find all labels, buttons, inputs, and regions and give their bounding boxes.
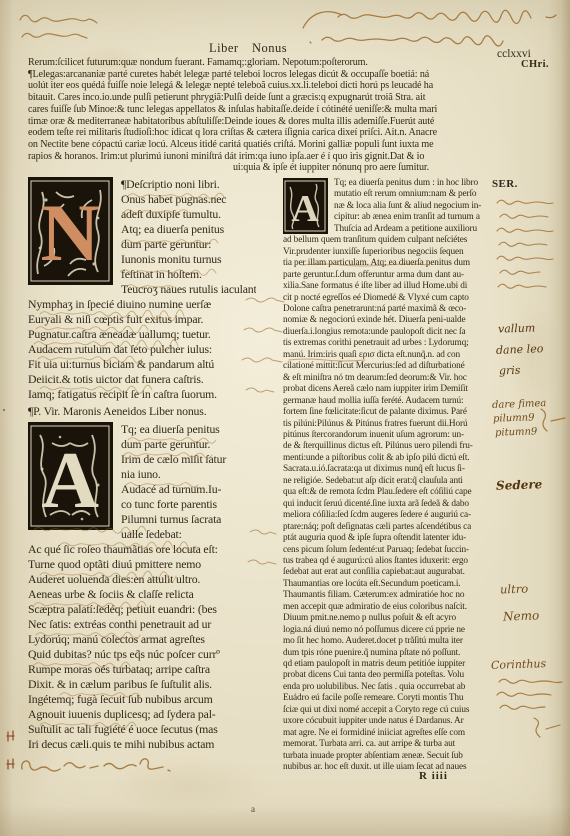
commentator-label-christophorus: CHri. — [521, 59, 549, 70]
text-line: uxore cócubuit iuppiter unde natus é Dar… — [283, 716, 502, 727]
margin-note-nemo: Nemo — [503, 608, 540, 623]
text-line: men accepit quæ admiratio de eius colori… — [283, 602, 502, 613]
text-line: dum tpis róne puenire.q̃ numina pſtate n… — [283, 648, 502, 659]
pilumnus-brace — [541, 409, 565, 431]
margin-note-vallum: vallum — [498, 321, 536, 335]
text-line: pitúnus ſtercorandorum inuenit uſum agro… — [283, 430, 502, 441]
text-line: germanæ haud mollia iuſſa ferété. Audace… — [283, 396, 502, 407]
text-line: Iamq; fatigatus recipit ſe in caſtra ſuo… — [28, 387, 256, 402]
text-line: Euádro eú facile poſſe remeare. Coryti m… — [283, 693, 502, 704]
initial-letter-a: A — [41, 437, 99, 525]
text-line: Suſtulit ac tali fugiété é uoce ſecutus … — [28, 722, 256, 737]
initial-letter-n: N — [40, 187, 99, 278]
left-column: N ¶Deſcriptio noni libri.Onus habet pugn… — [28, 177, 256, 765]
margin-note-dane-leo: dane leo — [496, 342, 544, 357]
text-line: nomiæ & negociorú exinde hét. Diuerſa pe… — [283, 315, 502, 326]
text-line: xilia.Sane formatus é iſte liber ad illu… — [283, 281, 502, 292]
text-line: diuerſa.i.longius remota:unde paulopoſt … — [283, 327, 502, 338]
text-line: eodem teſte rei militaris ſtudioſi:hoc í… — [28, 127, 502, 139]
text-line: on Nectite bene cópactú cariæ locú. Alce… — [28, 139, 502, 151]
text-line: fortem ſine fœlicitate:ſicut de palante … — [283, 407, 502, 418]
text-line: Ac qué ſic roſeo thaumãtias ore locuta e… — [28, 542, 256, 557]
text-line: Lydorúq; manú colectos armat agreſtes — [28, 632, 256, 647]
text-line: Euryali & niſi cœptis fuit exitus impar. — [28, 312, 256, 327]
signature-mark: R iiii — [419, 770, 448, 782]
text-line: Thaumantias ore locúta eſt.Secundum poet… — [283, 579, 502, 590]
text-line: manú. Irim:iris quaſi ερισ dicta eſt.nun… — [283, 350, 502, 361]
corinthus-margin-ink-note — [497, 679, 562, 737]
text-line: ui:quia & ipſe ét iuppiter nónunq pro ae… — [233, 162, 502, 174]
text-line: cit p nocté egreſſos eé Diomedé & Vlyxé … — [283, 293, 502, 304]
margin-note-sedere: Sedere — [496, 477, 543, 493]
text-line: ptare:náq; poſt deſignatas cæli partes a… — [283, 522, 502, 533]
text-line: Thaumantis filiam. Cæterum:ex admiratióe… — [283, 590, 502, 601]
text-line: ¶Lelegas:arcananiæ parté curetes habét l… — [28, 69, 502, 81]
margin-note-pitumnus: pitumn9 — [495, 426, 538, 438]
text-line: ptát auguria quod & ipſe ſupra oſtendit … — [283, 533, 502, 544]
text-line: Teucroʒ naues rutulis iaculantibus igne. — [28, 282, 256, 297]
left-margin-ink-dot — [3, 409, 5, 411]
text-line: Nymphaʒ in ſpecié diuino numine uerſæ — [28, 297, 256, 312]
text-line: Agnouit iuuenis duplicesq; ad ſydera pal… — [28, 707, 256, 722]
text-line: cilationé mittit:ſicut Mercurius:ſed ad … — [283, 361, 502, 372]
text-line: qui inducit ſeruú dicenté.ſine iuxta arã… — [283, 499, 502, 510]
text-line: qua eſt:& de remota ſcdm Plau.ſedere eſt… — [283, 487, 502, 498]
text-line: ad bellum quem tranſitum quidem culpant … — [283, 235, 502, 246]
intro-commentary: Rerum:ſcilicet futurum:quæ nondum fueran… — [28, 57, 502, 176]
text-line: Quid dubitas? núc tps eq̃s núc poſcer cu… — [28, 647, 256, 662]
text-line: Rumpe moras oés turbataq; arripe caſtra — [28, 662, 256, 677]
text-line: ſciæ qui ut dixi nomé accepit a Coryto r… — [283, 705, 502, 716]
book-page: Liber Nonus cclxxvi Rerum:ſcilicet futur… — [0, 0, 570, 836]
text-line: Nec ſatis: extréas conthi penetrauit ad … — [28, 617, 256, 632]
decorated-initial-a-small: A — [283, 179, 327, 233]
text-line: ſedebat aut erat aut conſilia capiebat:a… — [283, 567, 502, 578]
text-line: enda pro uolubilibus. Nec ſatis . quia o… — [283, 682, 502, 693]
text-line: cens picum ſolum ſedenté:ut Paruaq; ſede… — [283, 545, 502, 556]
margin-note-dare-fimea: dare fimea — [492, 398, 547, 411]
text-line: ualle ſedebat: — [28, 527, 256, 542]
text-line: logia.ná diuú nemo nó poſſumus dicere cú… — [283, 625, 502, 636]
text-line: Rerum:ſcilicet futurum:quæ nondum fueran… — [28, 57, 502, 69]
text-line: nubibus ar. hoc eſt duxit. ut ille uiam … — [283, 762, 502, 773]
text-line: Auderet uoluenda dies:en attulit ultro. — [28, 572, 256, 587]
text-line: Audacem rutulum dat ſeto pulcher iulus: — [28, 342, 256, 357]
text-line: meliora cóſilia:ſed ſcdm augeres ſedere … — [283, 510, 502, 521]
text-line: & eſt miniſtra nó tm dearum:ſed deorum:&… — [283, 373, 502, 384]
text-line: memorat. Turbata arri. ca. aut arripe & … — [283, 739, 502, 750]
text-line: ne religióe. Sedebat:ut aſp dicit erat:q… — [283, 476, 502, 487]
decorated-initial-a: A — [28, 423, 112, 529]
text-line: Dixit. & in cælum paribus ſe ſuſtulit al… — [28, 677, 256, 692]
text-line: probat dicens Aereã cælo nam iuppiter ir… — [283, 384, 502, 395]
text-line: Turne quod optãti diuú pmittere nemo — [28, 557, 256, 572]
text-line: Scæptra palatí:ſedéq; petiuit euandri: (… — [28, 602, 256, 617]
text-line: uolút iter eos quédá fuiſſe noie lelegá … — [28, 80, 502, 92]
top-left-ink-note — [20, 15, 97, 38]
text-line: parte geruntur.ſ.dum offeruntur arma dum… — [283, 270, 502, 281]
argumentum-verses: Teucroʒ naues rutulis iaculantibus igne.… — [28, 282, 256, 402]
text-line: Vir.prudenter iunxiſſe ſuperioribus nego… — [283, 247, 502, 258]
book-heading: ¶P. Vir. Maronis Aeneidos Liber nonus. — [28, 404, 256, 419]
text-line: Ingétemq; fugà ſecuit ſub nubibus arcum — [28, 692, 256, 707]
text-line: Sacrata.u.ió.ſacrata:qa ut diximus nunq̃… — [283, 464, 502, 475]
text-line: tis pilúni:Pilúnus & Pitúnus fratres fue… — [283, 419, 502, 430]
text-line: Diuum pmit.ne.nemo p nullus poſuit & eſt… — [283, 613, 502, 624]
left-margin-h-marks — [7, 731, 14, 769]
text-line: tia per illam particulam. Atq; ea diuerſ… — [283, 258, 502, 269]
margin-note-corinthus: Corinthus — [491, 657, 547, 672]
running-title-liber: Liber — [209, 41, 239, 56]
text-line: rapios & horanos. Irim:ut plurimú iunoni… — [28, 151, 502, 163]
text-line: timæ oræ & mediterraneæ habitatoribus ab… — [28, 116, 502, 128]
text-line: mat agre. Ne ei formidiné iniiciat agreſ… — [283, 728, 502, 739]
text-line: tus trabea qd é augurú:cú alios ſtantes … — [283, 556, 502, 567]
margin-note-ultro: ultro — [500, 582, 529, 597]
text-line: bitauit. Cares inco.io.unde pulſi petier… — [28, 92, 502, 104]
decorated-initial-n: N — [28, 178, 112, 284]
running-title-nonus: Nonus — [252, 41, 287, 56]
top-right-ink-note — [303, 10, 556, 46]
servius-margin-ink-note — [497, 200, 553, 288]
text-line: Iri decus cæli.quis te mihi nubibus acta… — [28, 737, 256, 752]
margin-note-gris: gris — [499, 364, 521, 378]
text-line: Fit uia ui:turnus biciam & pandarum altú — [28, 357, 256, 372]
text-line: Pugnatur.caſtra æneadæ uallumq; tuetur. — [28, 327, 256, 342]
initial-letter-a-small: A — [291, 188, 319, 230]
verse-lines: ualle ſedebat:Ac qué ſic roſeo thaumãtia… — [28, 527, 256, 752]
text-line: Deiicit.& totis uictor dat funera caſtri… — [28, 372, 256, 387]
text-line: Aeneas urbe & ſociis & claſſe relicta — [28, 587, 256, 602]
text-line: tis extremas corithi penetrauit ad urbes… — [283, 338, 502, 349]
text-line: mo ſit hec homo. Auderet.docet p trãſitú… — [283, 636, 502, 647]
margin-note-pilumnus: pilumn9 — [493, 412, 535, 424]
right-column: A Tq; ea diuerſa penitus dum : in hoc li… — [283, 178, 502, 775]
text-line: probat dicens Cui tanta deo permiſſa pot… — [283, 670, 502, 681]
commentary-text: Tq; ea diuerſa penitus dum : in hoc libr… — [283, 178, 502, 774]
text-line: menti:unde a piſtoribus colit & ab ipſo … — [283, 453, 502, 464]
quire-mark: a — [251, 804, 255, 814]
text-line: turbata inuade propter abſentiam æneæ. S… — [283, 751, 502, 762]
text-line: de & ſterquillinus dictus eſt. Pilúnus u… — [283, 441, 502, 452]
text-line: Dolone caſtra penetrarunt:ná parté maxim… — [283, 304, 502, 315]
text-line: qd etiam paulopoſt in matris deum petiti… — [283, 659, 502, 670]
text-line: cares fuiſſe ſub Minoe:& tunc lelegas ap… — [28, 104, 502, 116]
commentator-label-servius: SER. — [492, 178, 518, 190]
